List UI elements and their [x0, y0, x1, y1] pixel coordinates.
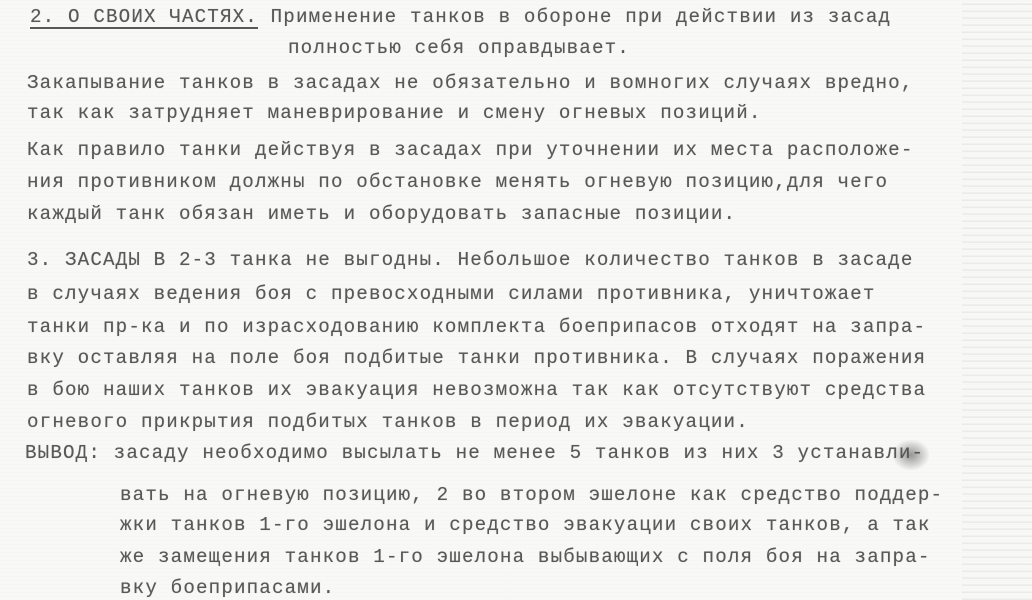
section-3-line-0: 3. ЗАСАДЫ В 2-3 танка не выгодны. Неболь… — [27, 248, 914, 272]
section-2-line-1: полностью себя оправдывает. — [288, 36, 630, 60]
conclusion-line-0: засаду необходимо высылать не менее 5 та… — [101, 442, 924, 464]
section-3-line-5: огневого прикрытия подбитых танков в пер… — [27, 410, 749, 434]
section-3-line-2: танки пр-ка и по израсходованию комплект… — [27, 315, 926, 339]
conclusion-line-3: же замещения танков 1-го эшелона выбываю… — [120, 545, 931, 569]
conclusion-line-2: жки танков 1-го эшелона и средство эваку… — [120, 513, 931, 537]
section-3-line-4: в бою наших танков их эвакуация невозмож… — [27, 378, 926, 402]
conclusion-line-1: вать на огневую позицию, 2 во втором эше… — [120, 483, 943, 507]
section-2-line-6: каждый танк обязан иметь и оборудовать з… — [27, 202, 736, 226]
section-2-line-5: ния противником должны по обстановке мен… — [27, 170, 888, 194]
section-2-line-3: так как затрудняет маневрирование и смен… — [27, 101, 762, 125]
section-3-line-3: вку оставляя на поле боя подбитые танки … — [27, 346, 926, 370]
section-3-line-1: в случаях ведения боя с превосходными си… — [27, 282, 876, 306]
section-2-heading: 2. О СВОИХ ЧАСТЯХ. — [30, 6, 258, 28]
section-2-line-0: Применение танков в обороне при действии… — [258, 6, 891, 28]
section-2-first-line: 2. О СВОИХ ЧАСТЯХ. Применение танков в о… — [30, 5, 891, 29]
typewritten-page: 2. О СВОИХ ЧАСТЯХ. Применение танков в о… — [0, 0, 1032, 600]
conclusion-label: ВЫВОД: — [25, 442, 101, 464]
scan-edge-noise — [962, 0, 1032, 600]
conclusion-first-line: ВЫВОД: засаду необходимо высылать не мен… — [25, 441, 924, 465]
section-2-line-4: Как правило танки действуя в засадах при… — [27, 138, 914, 162]
conclusion-line-4: вку боеприпасами. — [120, 576, 335, 600]
section-2-line-2: Закапывание танков в засадах не обязател… — [27, 71, 914, 95]
